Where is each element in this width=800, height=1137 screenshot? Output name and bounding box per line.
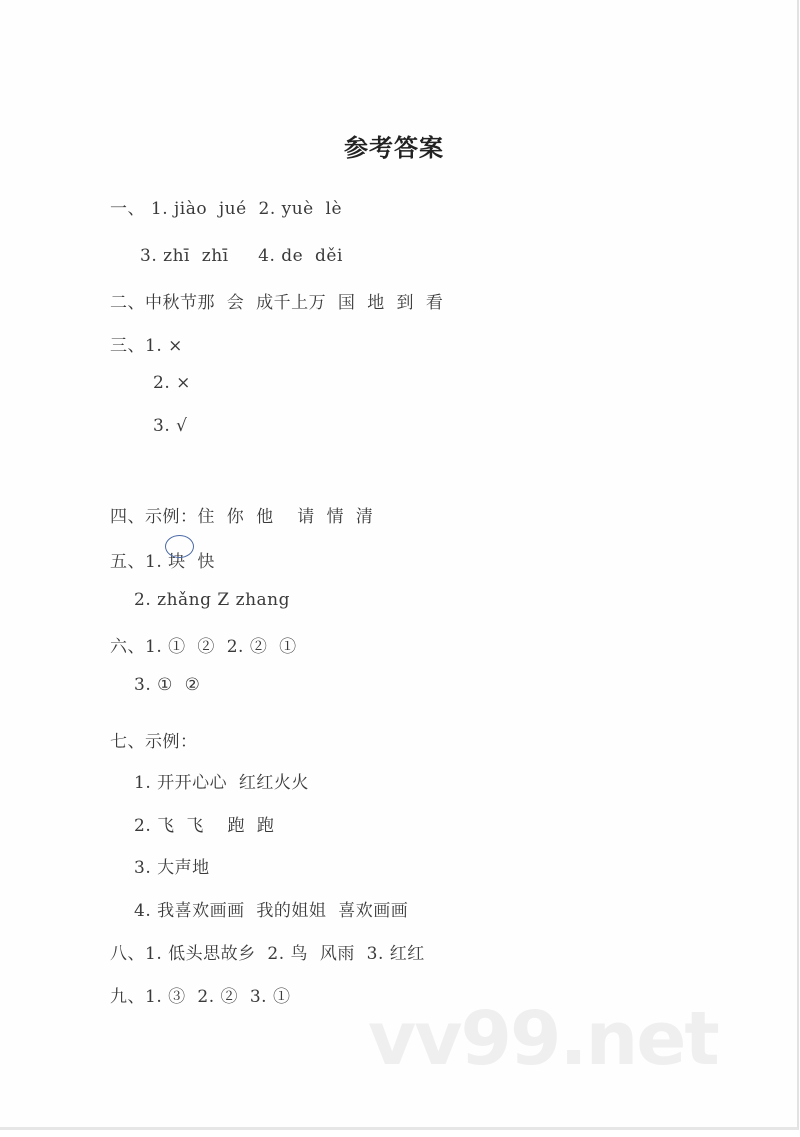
answer-line-7-3: 3. 大声地: [134, 853, 210, 878]
answer-line-6: 六、1. ① ② 2. ② ①: [110, 632, 297, 657]
answer-line-1: 一、 1. jiào jué 2. yuè lè: [110, 194, 342, 219]
answer-line-5: 五、1. 块 快: [110, 547, 215, 572]
answer-line-7: 七、示例：: [110, 727, 198, 752]
answer-line-4: 四、示例：住 你 他 请 情 清: [110, 502, 373, 527]
watermark: vv99.net: [368, 996, 718, 1082]
answer-line-7-4: 4. 我喜欢画画 我的姐姐 喜欢画画: [134, 896, 408, 921]
document-page: 参考答案 一、 1. jiào jué 2. yuè lè 3. zhī zhī…: [0, 0, 799, 1130]
answer-line-7-2: 2. 飞 飞 跑 跑: [134, 811, 274, 836]
answer-line-7-1: 1. 开开心心 红红火火: [134, 768, 309, 793]
answer-line-3b: 2. ×: [153, 373, 191, 393]
answer-line-2: 二、中秋节那 会 成千上万 国 地 到 看: [110, 288, 443, 313]
handwritten-circle-annotation: [165, 535, 194, 558]
answer-line-5b: 2. zhǎng Z zhang: [134, 590, 290, 610]
answer-line-1b: 3. zhī zhī 4. de děi: [140, 246, 343, 266]
answer-line-8: 八、1. 低头思故乡 2. 鸟 风雨 3. 红红: [110, 939, 425, 964]
answer-line-3: 三、1. ×: [110, 331, 183, 356]
answer-line-3c: 3. √: [153, 416, 187, 436]
answer-line-9: 九、1. ③ 2. ② 3. ①: [110, 982, 291, 1007]
answer-line-6b: 3. ① ②: [134, 675, 200, 695]
page-title: 参考答案: [0, 128, 788, 163]
